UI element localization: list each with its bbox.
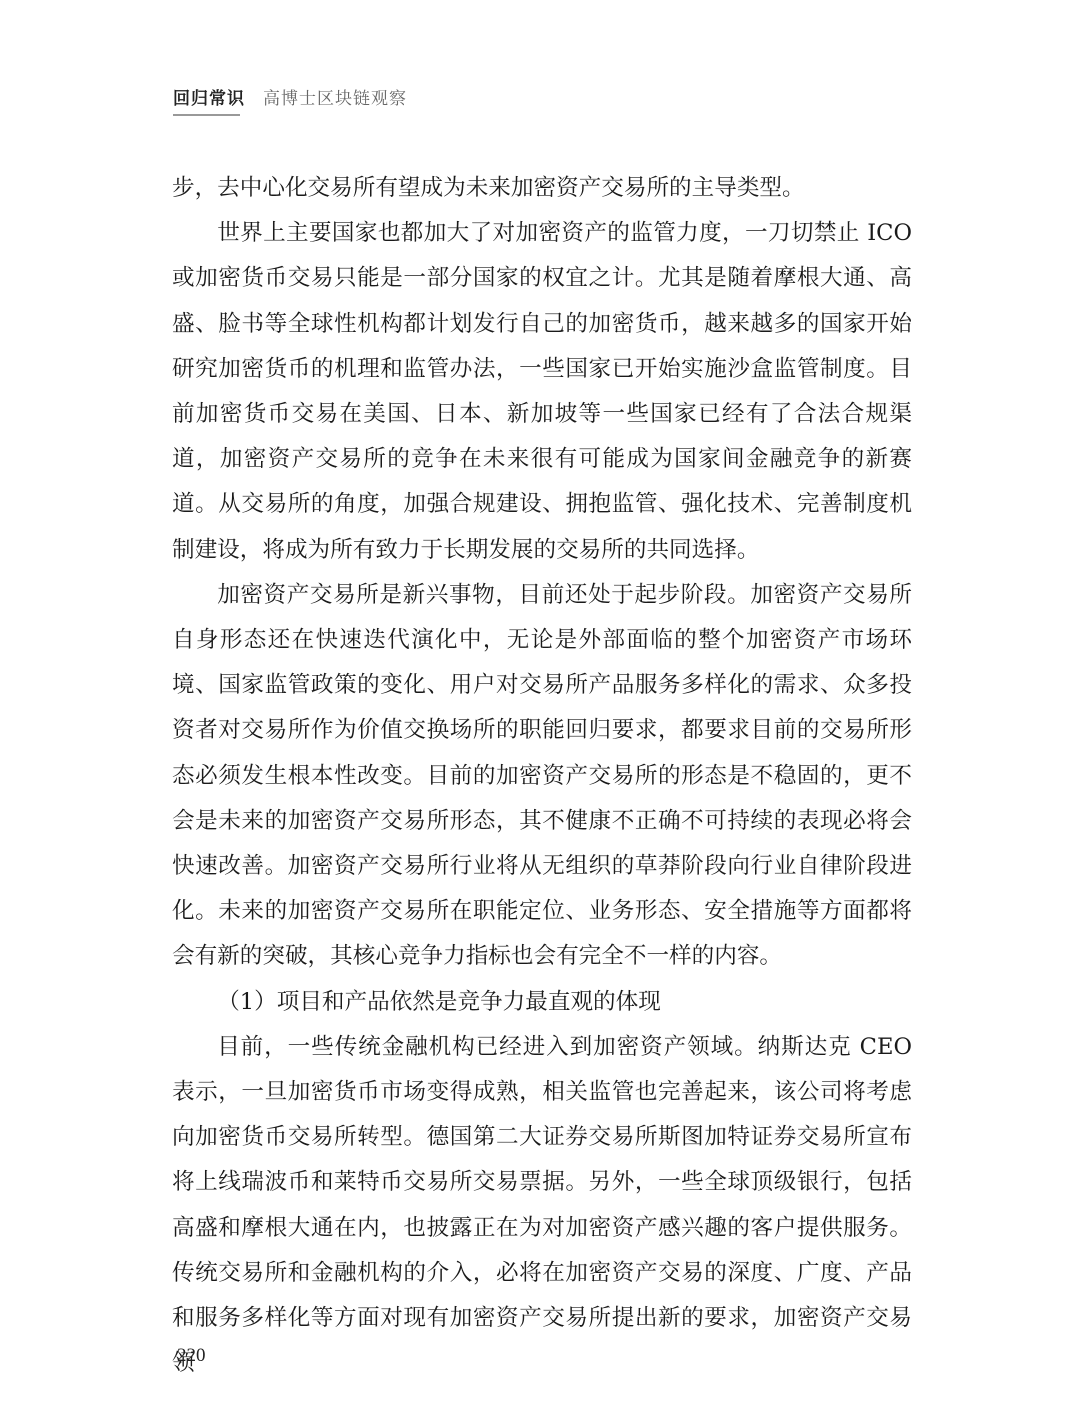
book-title: 回归常识: [173, 84, 245, 109]
paragraph: 世界上主要国家也都加大了对加密资产的监管力度，一刀切禁止 ICO 或加密货币交易…: [172, 211, 912, 573]
paragraph: 目前，一些传统金融机构已经进入到加密资产领域。纳斯达克 CEO 表示，一旦加密货…: [172, 1025, 912, 1387]
section-heading: （1）项目和产品依然是竞争力最直观的体现: [172, 980, 912, 1025]
paragraph: 加密资产交易所是新兴事物，目前还处于起步阶段。加密资产交易所自身形态还在快速迭代…: [172, 573, 912, 980]
header-rule: [173, 114, 240, 116]
body-text: 步，去中心化交易所有望成为未来加密资产交易所的主导类型。 世界上主要国家也都加大…: [172, 166, 912, 1386]
running-header: 回归常识 高博士区块链观察: [173, 84, 407, 114]
series-title: 高博士区块链观察: [263, 84, 407, 109]
page-number: 220: [177, 1345, 206, 1367]
paragraph: 步，去中心化交易所有望成为未来加密资产交易所的主导类型。: [172, 166, 912, 211]
